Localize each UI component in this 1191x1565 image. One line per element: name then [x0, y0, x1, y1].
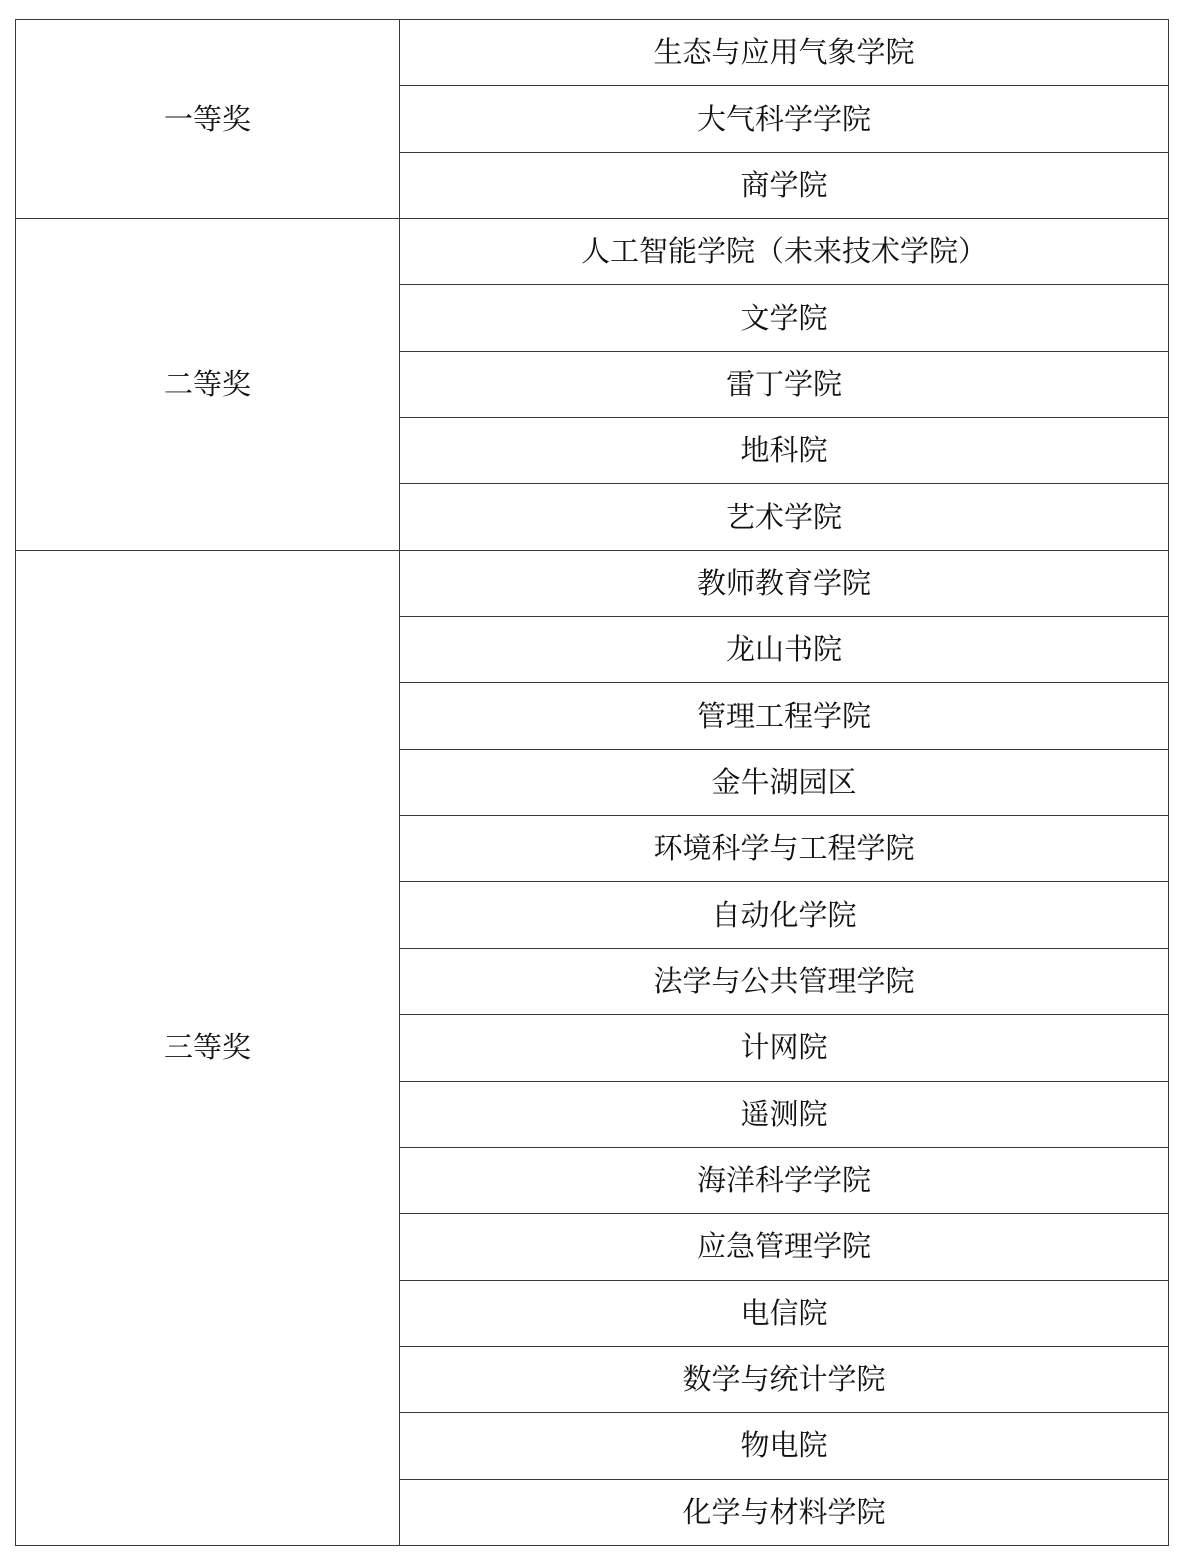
college-cell: 应急管理学院: [400, 1214, 1169, 1280]
college-cell: 雷丁学院: [400, 351, 1169, 417]
college-cell: 艺术学院: [400, 484, 1169, 550]
college-cell: 自动化学院: [400, 882, 1169, 948]
college-cell: 化学与材料学院: [400, 1479, 1169, 1545]
award-table: 一等奖 生态与应用气象学院 大气科学学院 商学院 二等奖 人工智能学院（未来技术…: [15, 19, 1169, 1546]
college-cell: 电信院: [400, 1280, 1169, 1346]
award-level-third: 三等奖: [16, 550, 400, 1545]
college-cell: 地科院: [400, 418, 1169, 484]
college-cell: 物电院: [400, 1413, 1169, 1479]
college-cell: 金牛湖园区: [400, 749, 1169, 815]
college-cell: 计网院: [400, 1015, 1169, 1081]
college-cell: 龙山书院: [400, 617, 1169, 683]
college-cell: 海洋科学学院: [400, 1147, 1169, 1213]
college-cell: 商学院: [400, 152, 1169, 218]
award-level-second: 二等奖: [16, 219, 400, 551]
college-cell: 大气科学学院: [400, 86, 1169, 152]
college-cell: 法学与公共管理学院: [400, 948, 1169, 1014]
table-row: 一等奖 生态与应用气象学院: [16, 20, 1169, 86]
college-cell: 教师教育学院: [400, 550, 1169, 616]
award-level-first: 一等奖: [16, 20, 400, 219]
college-cell: 人工智能学院（未来技术学院）: [400, 219, 1169, 285]
college-cell: 遥测院: [400, 1081, 1169, 1147]
college-cell: 数学与统计学院: [400, 1346, 1169, 1412]
college-cell: 管理工程学院: [400, 683, 1169, 749]
table-row: 二等奖 人工智能学院（未来技术学院）: [16, 219, 1169, 285]
college-cell: 文学院: [400, 285, 1169, 351]
table-row: 三等奖 教师教育学院: [16, 550, 1169, 616]
college-cell: 生态与应用气象学院: [400, 20, 1169, 86]
college-cell: 环境科学与工程学院: [400, 816, 1169, 882]
